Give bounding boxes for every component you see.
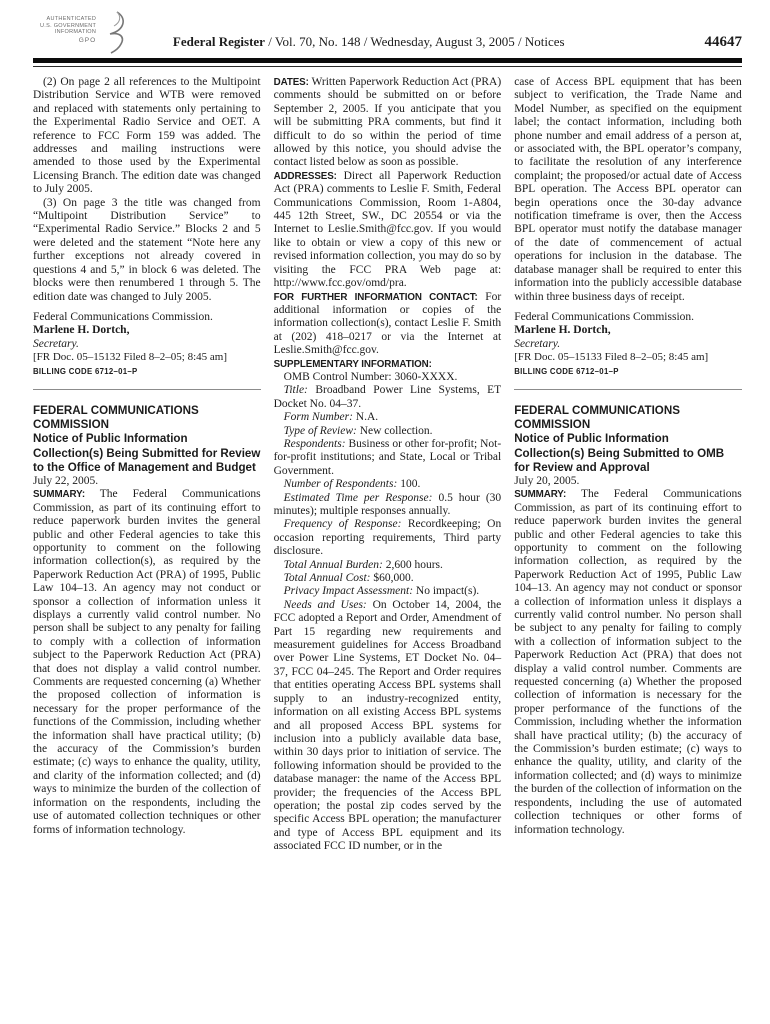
header-rule-heavy	[33, 58, 742, 63]
notice-subject-2: Notice of Public Information Collection(…	[514, 432, 742, 475]
summary-text-2: The Federal Communications Commission, a…	[514, 488, 742, 835]
supp-item-omb-number: OMB Control Number: 3060-XXXX.	[274, 371, 502, 384]
volume-issue-date: / Vol. 70, No. 148 / Wednesday, August 3…	[265, 34, 565, 49]
signature-block-2: Federal Communications Commission. Marle…	[514, 311, 742, 378]
dates-text: Written Paperwork Reduction Act (PRA) co…	[274, 76, 502, 168]
amendment-paragraph-3: (3) On page 3 the title was changed from…	[33, 197, 261, 304]
further-info-paragraph: FOR FURTHER INFORMATION CONTACT: For add…	[274, 291, 502, 358]
page-number: 44647	[705, 34, 743, 51]
column-3: case of Access BPL equipment that has be…	[514, 76, 742, 854]
federal-register-page: AUTHENTICATED U.S. GOVERNMENT INFORMATIO…	[0, 0, 770, 1024]
supp-item-total-burden: Total Annual Burden: 2,600 hours.	[274, 559, 502, 572]
addresses-paragraph: ADDRESSES: Direct all Paperwork Reductio…	[274, 170, 502, 291]
supp-item-respondents: Respondents: Business or other for-profi…	[274, 438, 502, 478]
supp-item-number-of-respondents: Number of Respondents: 100.	[274, 478, 502, 491]
billing-code: BILLING CODE 6712–01–P	[514, 365, 742, 378]
supp-item-estimated-time: Estimated Time per Response: 0.5 hour (3…	[274, 492, 502, 519]
column-2: DATES: Written Paperwork Reduction Act (…	[274, 76, 502, 854]
running-head: Federal Register / Vol. 70, No. 148 / We…	[33, 34, 742, 51]
addresses-text: Direct all Paperwork Reduction Act (PRA)…	[274, 170, 502, 289]
supp-item-type-of-review: Type of Review: New collection.	[274, 425, 502, 438]
signature-name: Marlene H. Dortch,	[514, 324, 742, 337]
notice-divider	[514, 389, 742, 390]
signature-agency: Federal Communications Commission.	[33, 311, 261, 324]
signature-name: Marlene H. Dortch,	[33, 324, 261, 337]
agency-heading-2: FEDERAL COMMUNICATIONS COMMISSION	[514, 404, 742, 432]
signature-title: Secretary.	[33, 338, 261, 351]
header-rule-light	[33, 66, 742, 67]
summary-paragraph-1: SUMMARY: The Federal Communications Comm…	[33, 488, 261, 837]
billing-code: BILLING CODE 6712–01–P	[33, 365, 261, 378]
supp-item-form-number: Form Number: N.A.	[274, 411, 502, 424]
supp-item-needs-and-uses: Needs and Uses: On October 14, 2004, the…	[274, 599, 502, 854]
agency-heading-1: FEDERAL COMMUNICATIONS COMMISSION	[33, 404, 261, 432]
supp-item-title: Title: Broadband Power Line Systems, ET …	[274, 384, 502, 411]
supp-item-total-cost: Total Annual Cost: $60,000.	[274, 572, 502, 585]
fr-doc-line: [FR Doc. 05–15132 Filed 8–2–05; 8:45 am]	[33, 351, 261, 364]
signature-title: Secretary.	[514, 338, 742, 351]
signature-agency: Federal Communications Commission.	[514, 311, 742, 324]
addresses-label: ADDRESSES:	[274, 171, 337, 182]
signature-block-1: Federal Communications Commission. Marle…	[33, 311, 261, 378]
running-head-title: Federal Register / Vol. 70, No. 148 / We…	[33, 34, 705, 50]
gpo-seal-line1: AUTHENTICATED	[40, 16, 96, 23]
summary-text-1: The Federal Communications Commission, a…	[33, 488, 261, 835]
notice-subject-1: Notice of Public Information Collection(…	[33, 432, 261, 475]
notice-date-1: July 22, 2005.	[33, 475, 261, 488]
supp-item-frequency: Frequency of Response: Recordkeeping; On…	[274, 518, 502, 558]
summary-paragraph-2: SUMMARY: The Federal Communications Comm…	[514, 488, 742, 837]
supplementary-info-heading: SUPPLEMENTARY INFORMATION:	[274, 358, 502, 371]
dates-label: DATES:	[274, 77, 309, 88]
column-1: (2) On page 2 all references to the Mult…	[33, 76, 261, 854]
dates-paragraph: DATES: Written Paperwork Reduction Act (…	[274, 76, 502, 170]
further-info-label: FOR FURTHER INFORMATION CONTACT:	[274, 292, 478, 303]
needs-and-uses-continuation: case of Access BPL equipment that has be…	[514, 76, 742, 304]
notice-date-2: July 20, 2005.	[514, 475, 742, 488]
amendment-paragraph-2: (2) On page 2 all references to the Mult…	[33, 76, 261, 197]
notice-divider	[33, 389, 261, 390]
supp-item-privacy-impact: Privacy Impact Assessment: No impact(s).	[274, 585, 502, 598]
fr-doc-line: [FR Doc. 05–15133 Filed 8–2–05; 8:45 am]	[514, 351, 742, 364]
federal-register-brand: Federal Register	[173, 34, 265, 49]
summary-label-2: SUMMARY:	[514, 489, 566, 500]
summary-label-1: SUMMARY:	[33, 489, 85, 500]
three-column-body: (2) On page 2 all references to the Mult…	[33, 76, 742, 854]
